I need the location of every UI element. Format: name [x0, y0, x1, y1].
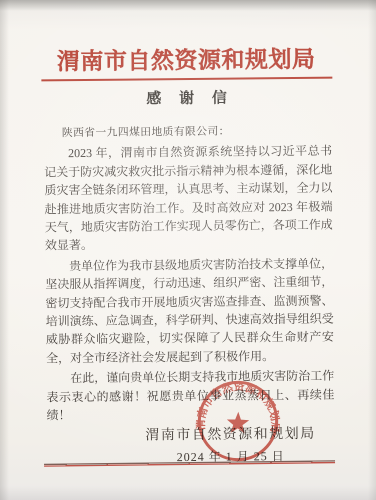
- letter-body: 陕西省一九四煤田地质有限公司： 2023 年，渭南市自然资源系统坚持以习近平总书…: [44, 122, 335, 425]
- bureau-title: 渭南市自然资源和规划局: [0, 40, 374, 77]
- letter-sheet: 渭南市自然资源和规划局 感 谢 信 陕西省一九四煤田地质有限公司： 2023 年…: [0, 0, 376, 500]
- salutation: 陕西省一九四煤田地质有限公司：: [62, 122, 332, 143]
- body-paragraph: 2023 年，渭南市自然资源系统坚持以习近平总书记关于防灾减灾救灾批示指示精神为…: [44, 142, 333, 255]
- letter-title: 感 谢 信: [0, 85, 375, 110]
- official-seal-stamp: 渭南市自然资源和规划局: [195, 378, 282, 465]
- header-divider: [41, 77, 332, 82]
- body-paragraph: 贵单位作为我市县级地质灾害防治技术支撑单位，坚决服从指挥调度，行动迅速、组织严密…: [45, 254, 334, 367]
- star-icon: [226, 411, 249, 433]
- letter-photo: 渭南市自然资源和规划局 感 谢 信 陕西省一九四煤田地质有限公司： 2023 年…: [0, 0, 376, 500]
- body-paragraph: 在此，谨向贵单位长期支持我市地质灾害防治工作表示衷心的感谢！祝愿贵单位事业蒸蒸日…: [46, 367, 335, 425]
